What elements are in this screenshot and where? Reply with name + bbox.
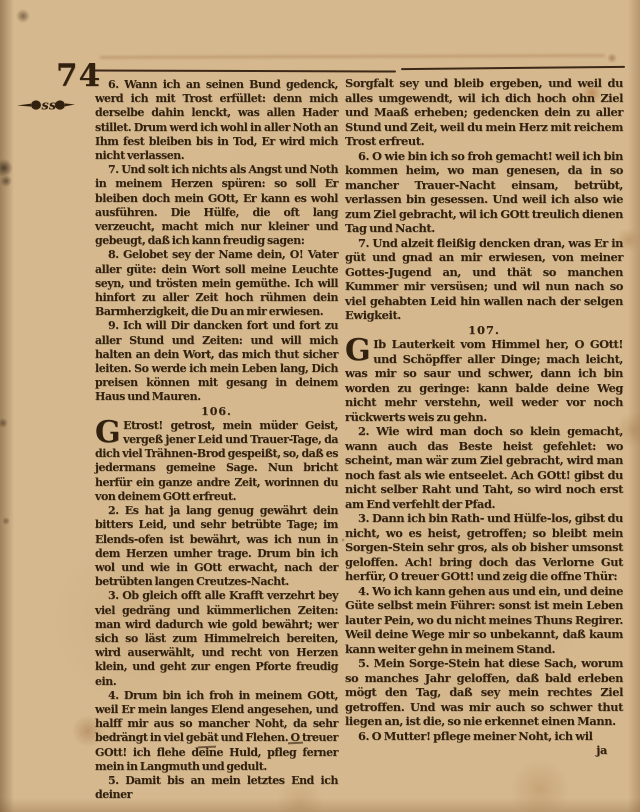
verse-paragraph: 2. Es hat ja lang genug gewährt dein bit… [95, 504, 338, 589]
catchword: ja [345, 743, 623, 758]
verse-paragraph-dropcap: GEtrost! getrost, mein müder Geist, verg… [95, 419, 338, 504]
verse-paragraph: 4. Drum bin ich froh in meinem GOtt, wei… [95, 689, 338, 774]
drop-cap-initial: G [345, 337, 373, 363]
verse-paragraph: 5. Mein Sorge-Stein hat diese Sach, woru… [345, 656, 623, 729]
verse-paragraph: 3. Dann ich bin Rath- und Hülfe-los, gib… [345, 511, 623, 584]
verse-text: Ib Lauterkeit vom Himmel her, O GOtt! un… [345, 337, 623, 424]
column-rule-right [401, 66, 625, 70]
verse-text: Etrost! getrost, mein müder Geist, verge… [95, 419, 338, 503]
verse-paragraph-dropcap: GIb Lauterkeit vom Himmel her, O GOtt! u… [345, 337, 623, 424]
book-page: { "page": { "number": "74", "catchword":… [0, 0, 640, 812]
drop-cap-initial: G [95, 419, 123, 445]
verse-paragraph: 8. Gelobet sey der Name dein, O! Vater a… [95, 248, 338, 319]
verse-paragraph: 7. Und solt ich nichts als Angst und Not… [95, 163, 338, 248]
verse-paragraph: 9. Ich will Dir dancken fort und fort zu… [95, 319, 338, 404]
hymn-number-heading: 106. [95, 405, 338, 419]
verse-paragraph: 6. O wie bin ich so froh gemacht! weil i… [345, 149, 623, 236]
column-rule-left [93, 69, 396, 72]
hymn-number-heading: 107. [345, 323, 623, 338]
verse-paragraph: 5. Damit bis an mein letztes End ich dei… [95, 774, 338, 802]
svg-text:ss: ss [42, 99, 57, 114]
verse-paragraph: 6. Wann ich an seinen Bund gedenck, werd… [95, 78, 338, 163]
printer-ornament-icon: ss [17, 95, 75, 119]
verse-paragraph: 2. Wie wird man doch so klein gemacht, w… [345, 424, 623, 511]
verse-paragraph: 7. Und alzeit fleißig dencken dran, was … [345, 236, 623, 323]
show-through-rule [100, 54, 605, 59]
verse-paragraph: 3. Ob gleich offt alle Krafft verzehrt b… [95, 589, 338, 688]
verse-paragraph: 4. Wo ich kann gehen aus und ein, und de… [345, 584, 623, 657]
verse-paragraph: 6. O Mutter! pflege meiner Noht, ich wil [345, 729, 623, 744]
left-text-column: 6. Wann ich an seinen Bund gedenck, werd… [95, 78, 338, 802]
verse-continuation-paragraph: Sorgfalt sey und bleib ergeben, und weil… [345, 76, 623, 149]
right-text-column: Sorgfalt sey und bleib ergeben, und weil… [345, 76, 623, 758]
